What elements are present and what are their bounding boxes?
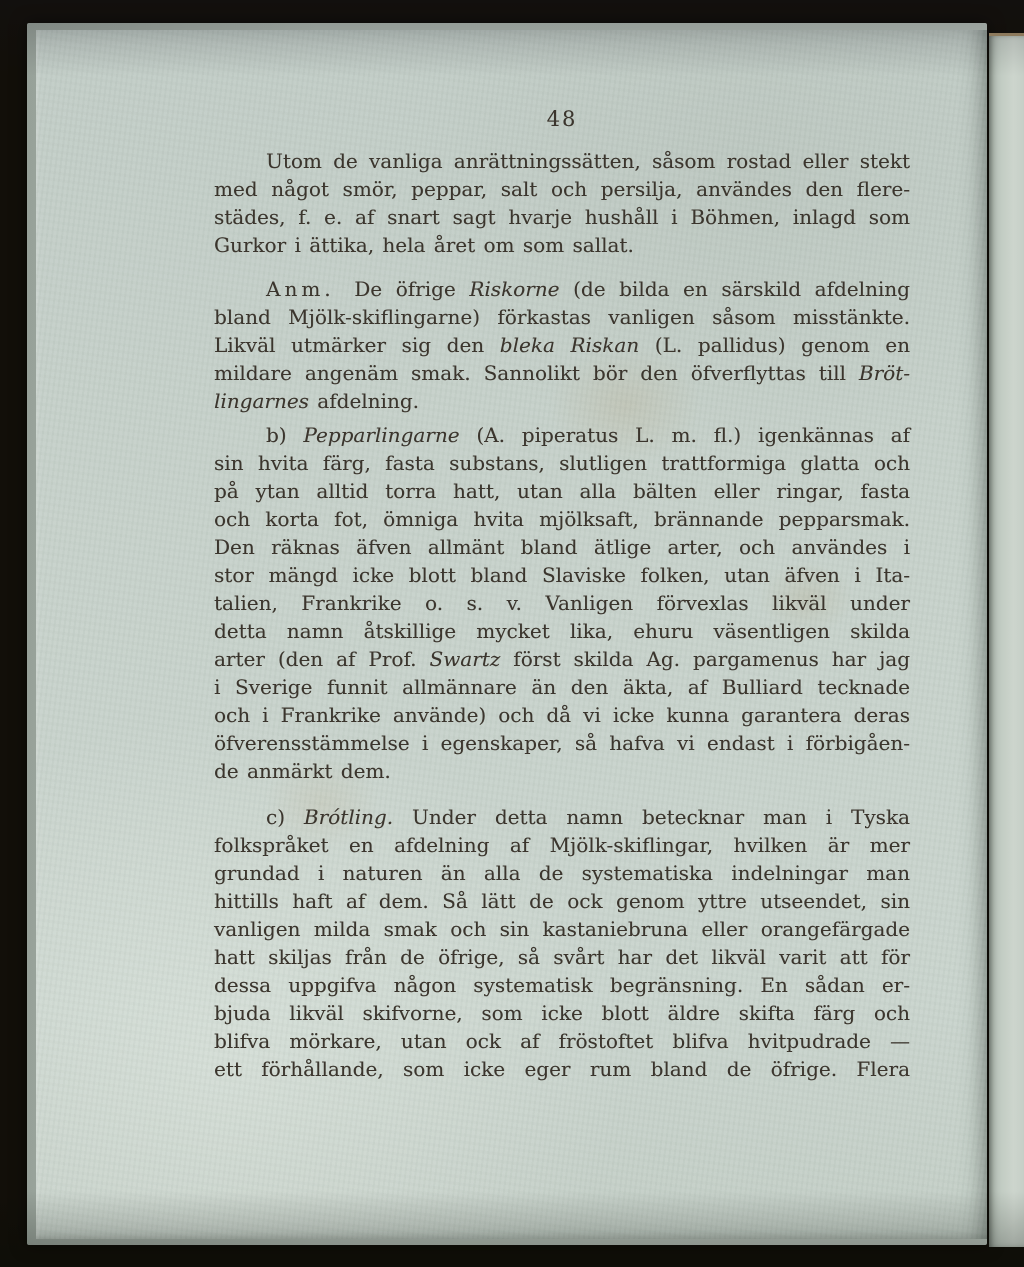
body-text: arter (den af Prof. xyxy=(214,647,429,671)
text-line: lingarnes afdelning. xyxy=(214,387,910,415)
text-line: Den räknas äfven allmänt bland ätlige ar… xyxy=(214,533,910,561)
body-text: Den räknas äfven allmänt bland ätlige ar… xyxy=(214,535,910,559)
body-text: hittills haft af dem. Så lätt de ock gen… xyxy=(214,889,910,913)
body-text: Under detta namn betecknar man i Tyska xyxy=(393,805,910,829)
text-line: Likväl utmärker sig den bleka Riskan (L.… xyxy=(214,331,910,359)
text-line: i Sverige funnit allmännare än den äkta,… xyxy=(214,673,910,701)
body-text: Anm. xyxy=(266,277,335,301)
text-line: ett förhållande, som icke eger rum bland… xyxy=(214,1055,910,1083)
text-line: Utom de vanliga anrättningssätten, såsom… xyxy=(214,147,910,175)
body-text: Utom de vanliga anrättningssätten, såsom… xyxy=(266,149,910,173)
body-text: mildare angenäm smak. Sannolikt bör den … xyxy=(214,361,859,385)
text-line: grundad i naturen än alla de systematisk… xyxy=(214,859,910,887)
body-text: öfverensstämmelse i egenskaper, så hafva… xyxy=(214,731,910,755)
text-line: c) Brótling. Under detta namn betecknar … xyxy=(214,803,910,831)
book-photo: 48 Utom de vanliga anrättningssätten, så… xyxy=(0,0,1024,1267)
body-text: Gurkor i ättika, hela året om som sallat… xyxy=(214,233,634,257)
body-text: folkspråket en afdelning af Mjölk-skifli… xyxy=(214,833,910,857)
body-text: de anmärkt dem. xyxy=(214,759,391,783)
italic-text: Swartz xyxy=(429,647,500,671)
body-text: (A. piperatus L. m. fl.) igenkännas af xyxy=(460,423,910,447)
text-line: de anmärkt dem. xyxy=(214,757,910,785)
body-text: bjuda likväl skifvorne, som icke blott ä… xyxy=(214,1001,910,1025)
text-line: blifva mörkare, utan ock af fröstoftet b… xyxy=(214,1027,910,1055)
text-line: dessa uppgifva någon systematisk begräns… xyxy=(214,971,910,999)
italic-text: Riskorne xyxy=(469,277,559,301)
text-line: sin hvita färg, fasta substans, slutlige… xyxy=(214,449,910,477)
body-text: b) xyxy=(266,423,303,447)
body-text: (de bilda en särskild afdelning xyxy=(560,277,911,301)
body-text: och korta fot, ömniga hvita mjölksaft, b… xyxy=(214,507,910,531)
page-number: 48 xyxy=(214,104,910,134)
italic-text: bleka Riskan xyxy=(500,333,639,357)
text-line: talien, Frankrike o. s. v. Vanligen förv… xyxy=(214,589,910,617)
body-text: i Sverige funnit allmännare än den äkta,… xyxy=(214,675,910,699)
italic-text: Brótling. xyxy=(304,805,393,829)
text-line: bland Mjölk-skiflingarne) förkastas vanl… xyxy=(214,303,910,331)
body-text: först skilda Ag. pargamenus har jag xyxy=(500,647,910,671)
text-line: med något smör, peppar, salt och persilj… xyxy=(214,175,910,203)
body-text: ett förhållande, som icke eger rum bland… xyxy=(214,1057,910,1081)
body-text: på ytan alltid torra hatt, utan alla bäl… xyxy=(214,479,910,503)
text-line: b) Pepparlingarne (A. piperatus L. m. fl… xyxy=(214,421,910,449)
body-text: afdelning. xyxy=(309,389,419,413)
paragraph-section-c-brotling: c) Brótling. Under detta namn betecknar … xyxy=(214,803,910,1083)
body-text: detta namn åtskillige mycket lika, ehuru… xyxy=(214,619,910,643)
body-text: dessa uppgifva någon systematisk begräns… xyxy=(214,973,910,997)
text-line: folkspråket en afdelning af Mjölk-skifli… xyxy=(214,831,910,859)
text-line: hatt skiljas från de öfrige, så svårt ha… xyxy=(214,943,910,971)
text-line: mildare angenäm smak. Sannolikt bör den … xyxy=(214,359,910,387)
paragraphs-container: Utom de vanliga anrättningssätten, såsom… xyxy=(214,147,910,1083)
text-line: stor mängd icke blott bland Slaviske fol… xyxy=(214,561,910,589)
body-text: c) xyxy=(266,805,304,829)
text-line: på ytan alltid torra hatt, utan alla bäl… xyxy=(214,477,910,505)
body-text: grundad i naturen än alla de systematisk… xyxy=(214,861,910,885)
text-line: öfverensstämmelse i egenskaper, så hafva… xyxy=(214,729,910,757)
book-page: 48 Utom de vanliga anrättningssätten, så… xyxy=(36,30,987,1239)
body-text: talien, Frankrike o. s. v. Vanligen förv… xyxy=(214,591,910,615)
italic-text: lingarnes xyxy=(214,389,309,413)
text-line: och i Frankrike använde) och då vi icke … xyxy=(214,701,910,729)
body-text: bland Mjölk-skiflingarne) förkastas vanl… xyxy=(214,305,910,329)
paragraph-intro: Utom de vanliga anrättningssätten, såsom… xyxy=(214,147,910,259)
paragraph-anmaerkning: Anm. De öfrige Riskorne (de bilda en sär… xyxy=(214,275,910,415)
body-text: (L. pallidus) genom en xyxy=(639,333,910,357)
body-text: sin hvita färg, fasta substans, slutlige… xyxy=(214,451,910,475)
text-line: vanligen milda smak och sin kastaniebrun… xyxy=(214,915,910,943)
body-text: Likväl utmärker sig den xyxy=(214,333,500,357)
italic-text: Pepparlingarne xyxy=(303,423,459,447)
body-text: vanligen milda smak och sin kastaniebrun… xyxy=(214,917,910,941)
body-text: De öfrige xyxy=(341,277,470,301)
body-text: hatt skiljas från de öfrige, så svårt ha… xyxy=(214,945,910,969)
body-text: städes, f. e. af snart sagt hvarje hushå… xyxy=(214,205,910,229)
body-text: med något smör, peppar, salt och persilj… xyxy=(214,177,910,201)
text-line: bjuda likväl skifvorne, som icke blott ä… xyxy=(214,999,910,1027)
body-text: blifva mörkare, utan ock af fröstoftet b… xyxy=(214,1029,910,1053)
next-page-fore-edge xyxy=(989,33,1024,1247)
text-line: städes, f. e. af snart sagt hvarje hushå… xyxy=(214,203,910,231)
text-line: hittills haft af dem. Så lätt de ock gen… xyxy=(214,887,910,915)
text-line: Gurkor i ättika, hela året om som sallat… xyxy=(214,231,910,259)
text-line: detta namn åtskillige mycket lika, ehuru… xyxy=(214,617,910,645)
body-text: och i Frankrike använde) och då vi icke … xyxy=(214,703,910,727)
text-line: arter (den af Prof. Swartz först skilda … xyxy=(214,645,910,673)
italic-text: Bröt- xyxy=(859,361,910,385)
body-text: stor mängd icke blott bland Slaviske fol… xyxy=(214,563,910,587)
paragraph-section-b-pepparlingarne: b) Pepparlingarne (A. piperatus L. m. fl… xyxy=(214,421,910,785)
text-block: 48 Utom de vanliga anrättningssätten, så… xyxy=(214,104,910,1083)
text-line: Anm. De öfrige Riskorne (de bilda en sär… xyxy=(214,275,910,303)
text-line: och korta fot, ömniga hvita mjölksaft, b… xyxy=(214,505,910,533)
